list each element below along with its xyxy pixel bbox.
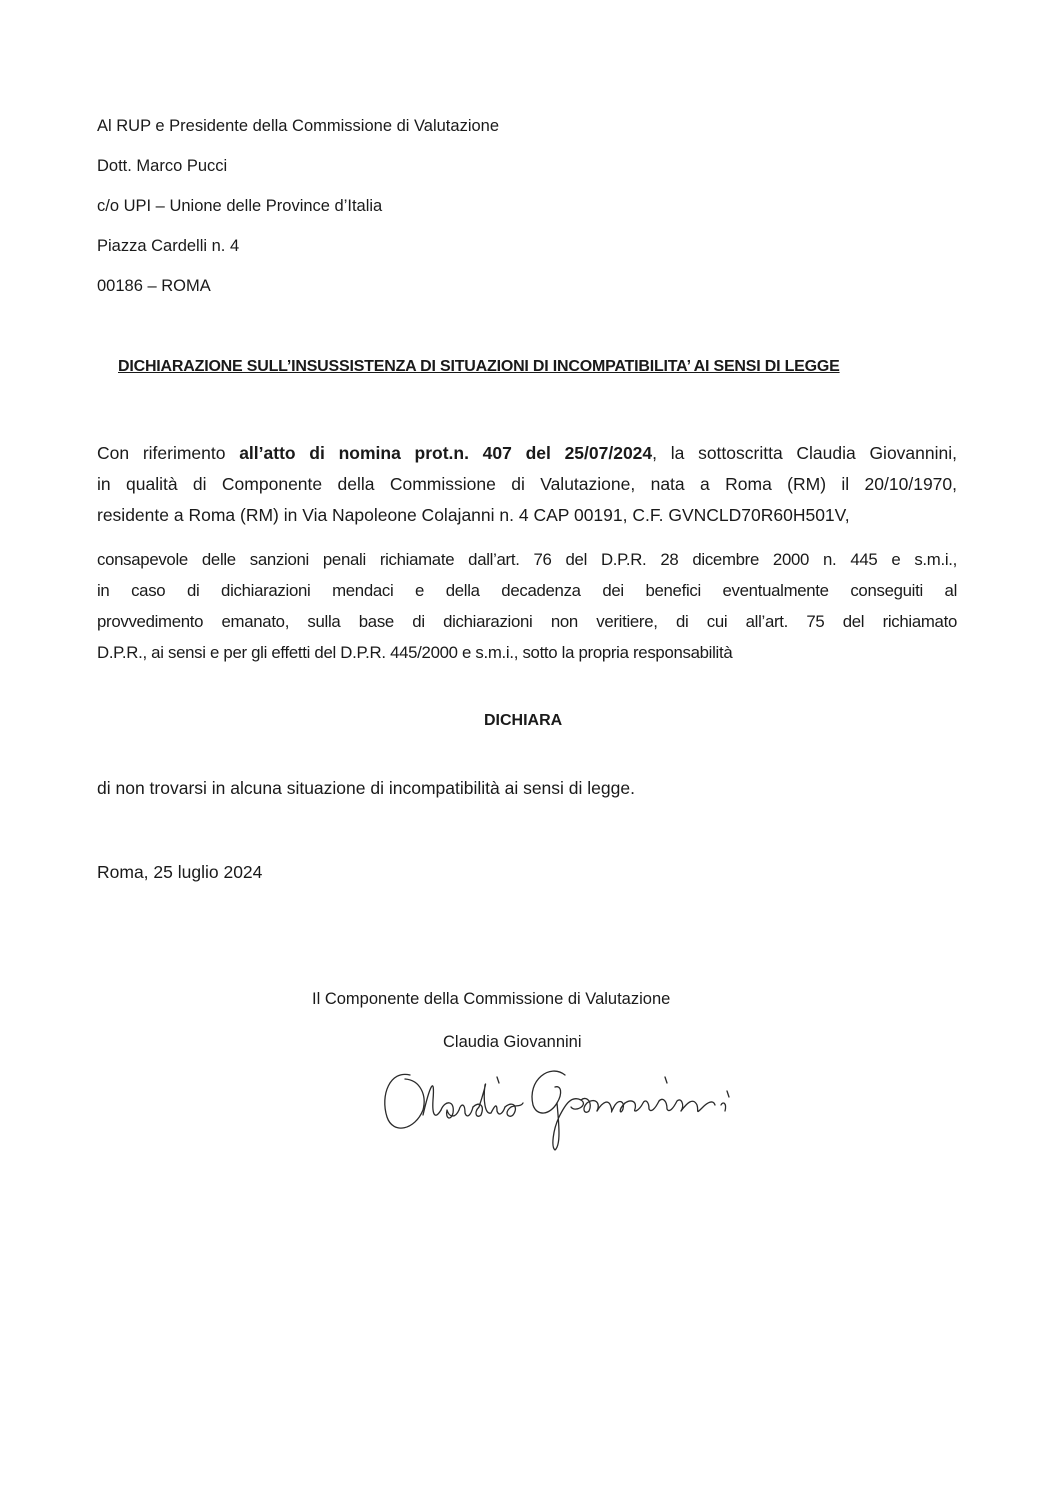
paragraph-line: in caso di dichiarazioni mendaci e della… — [97, 575, 957, 606]
recipient-line: Dott. Marco Pucci — [97, 157, 227, 176]
text-suffix: , la sottoscritta Claudia Giovannini, — [652, 443, 957, 463]
paragraph-awareness: consapevole delle sanzioni penali richia… — [97, 544, 957, 668]
place-date: Roma, 25 luglio 2024 — [97, 862, 262, 883]
paragraph-line: provvedimento emanato, sulla base di dic… — [97, 606, 957, 637]
paragraph-line: D.P.R., ai sensi e per gli effetti del D… — [97, 637, 957, 668]
paragraph-line: consapevole delle sanzioni penali richia… — [97, 544, 957, 575]
recipient-line: Piazza Cardelli n. 4 — [97, 237, 239, 256]
document-title: DICHIARAZIONE SULL’INSUSSISTENZA DI SITU… — [118, 358, 840, 376]
text-bold-reference: all’atto di nomina prot.n. 407 del 25/07… — [239, 443, 652, 463]
signatory-name: Claudia Giovannini — [443, 1033, 582, 1052]
recipient-line: 00186 – ROMA — [97, 277, 211, 296]
declaration-heading: DICHIARA — [484, 712, 562, 730]
text-prefix: Con riferimento — [97, 443, 239, 463]
paragraph-reference: Con riferimento all’atto di nomina prot.… — [97, 438, 957, 531]
recipient-line: c/o UPI – Unione delle Province d’Italia — [97, 197, 382, 216]
paragraph-line: residente a Roma (RM) in Via Napoleone C… — [97, 500, 957, 531]
signatory-role: Il Componente della Commissione di Valut… — [312, 990, 670, 1009]
paragraph-line: Con riferimento all’atto di nomina prot.… — [97, 438, 957, 469]
declaration-statement: di non trovarsi in alcuna situazione di … — [97, 778, 635, 799]
signature-icon — [375, 1055, 775, 1155]
paragraph-line: in qualità di Componente della Commissio… — [97, 469, 957, 500]
recipient-line: Al RUP e Presidente della Commissione di… — [97, 117, 499, 136]
